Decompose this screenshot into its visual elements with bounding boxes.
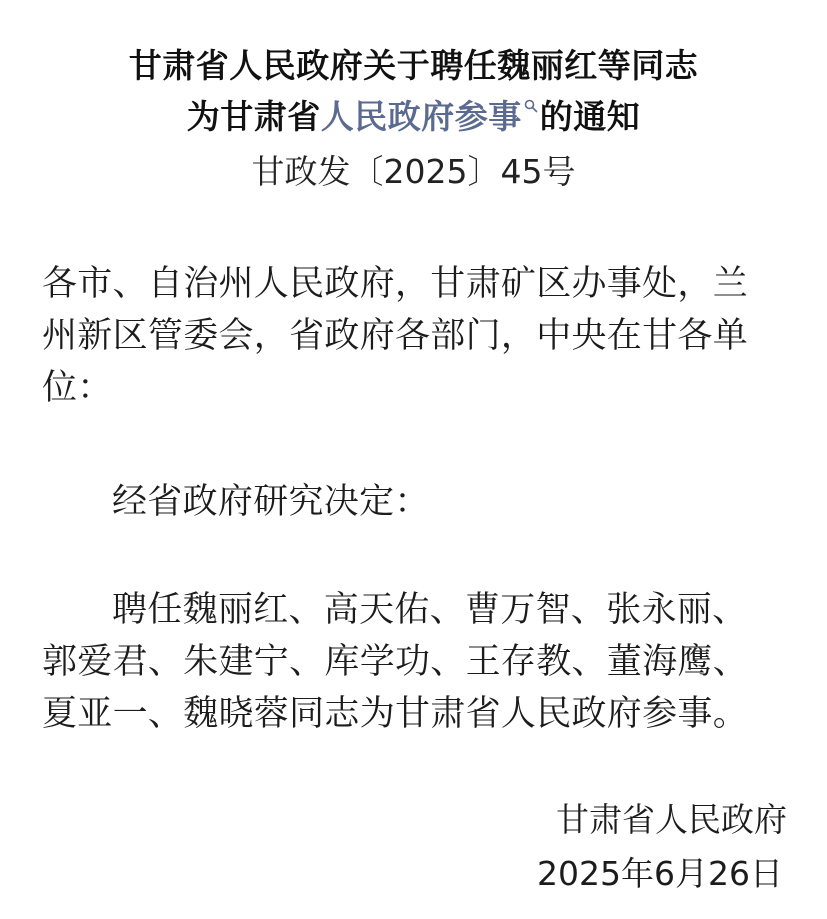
title-suffix: 的通知 bbox=[540, 97, 641, 136]
appointment-line: 聘任魏丽红、高天佑、曹万智、张永丽、 bbox=[42, 584, 792, 636]
addressee-line: 州新区管委会，省政府各部门，中央在甘各单 bbox=[42, 310, 792, 362]
search-icon[interactable] bbox=[524, 97, 538, 121]
document-number: 甘政发〔2025〕45号 bbox=[0, 150, 827, 194]
signature-date: 2025年6月26日 bbox=[537, 848, 783, 900]
document-title-line2: 为甘肃省人民政府参事的通知 bbox=[0, 97, 827, 137]
addressee-paragraph: 各市、自治州人民政府，甘肃矿区办事处，兰 州新区管委会，省政府各部门，中央在甘各… bbox=[42, 258, 792, 414]
appointment-paragraph: 聘任魏丽红、高天佑、曹万智、张永丽、 郭爱君、朱建宁、库学功、王存教、董海鹰、 … bbox=[42, 584, 792, 740]
appointment-line: 夏亚一、魏晓蓉同志为甘肃省人民政府参事。 bbox=[42, 688, 792, 740]
search-link-counselor[interactable]: 人民政府参事 bbox=[321, 97, 522, 136]
addressee-line: 位： bbox=[42, 362, 792, 414]
decision-intro-paragraph: 经省政府研究决定： bbox=[42, 476, 792, 528]
decision-intro: 经省政府研究决定： bbox=[42, 476, 792, 528]
title-prefix: 为甘肃省 bbox=[187, 97, 321, 136]
addressee-line: 各市、自治州人民政府，甘肃矿区办事处，兰 bbox=[42, 258, 792, 310]
signature-organization: 甘肃省人民政府 bbox=[556, 794, 787, 846]
appointment-line: 郭爱君、朱建宁、库学功、王存教、董海鹰、 bbox=[42, 636, 792, 688]
document-title-line1: 甘肃省人民政府关于聘任魏丽红等同志 bbox=[0, 46, 827, 86]
